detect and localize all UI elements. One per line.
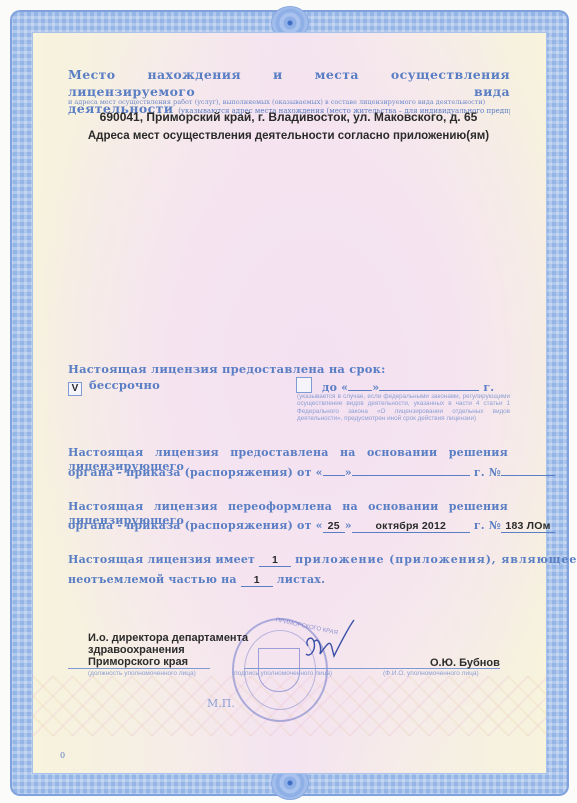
signature-caption: (подпись уполномоченного лица) xyxy=(232,670,332,677)
reissued-year-label: г. № xyxy=(474,519,501,532)
indefinite-label: бессрочно xyxy=(89,378,160,392)
position-line1: И.о. директора департамента xyxy=(88,632,248,644)
location-hint-line3: и адреса мест осуществления работ (услуг… xyxy=(68,98,510,106)
granted-year-label: г. № xyxy=(474,466,501,479)
signatory-name: О.Ю. Бубнов xyxy=(430,657,500,669)
reissued-day-field[interactable]: 25 xyxy=(323,520,345,533)
appendix-prefix: Настоящая лицензия имеет xyxy=(68,553,255,566)
reissued-number-field[interactable]: 183 ЛОм xyxy=(501,520,555,533)
reissued-line2: органа - приказа (распоряжения) от «25»о… xyxy=(68,519,508,533)
appendix-line1: Настоящая лицензия имеет 1 приложение (п… xyxy=(68,553,508,567)
granted-quote-close: » xyxy=(345,466,352,479)
reissued-quote-close: » xyxy=(345,519,352,532)
document-content: Место нахождения и места осуществления л… xyxy=(0,0,577,803)
signature-underline xyxy=(244,668,376,669)
seal-label: М.П. xyxy=(207,697,235,710)
appendix-line2: неотъемлемой частью на 1 листах. xyxy=(68,573,508,587)
reissued-date-field[interactable]: октября 2012 xyxy=(352,520,470,533)
granted-number-field[interactable] xyxy=(501,475,555,476)
name-caption: (Ф.И.О. уполномоченного лица) xyxy=(383,670,479,677)
serial-mark: 0 xyxy=(60,751,65,760)
signatory-position: И.о. директора департамента здравоохране… xyxy=(88,632,248,668)
granted-prefix: органа - приказа (распоряжения) от « xyxy=(68,466,323,479)
handwritten-signature-icon xyxy=(300,618,360,668)
location-heading-line1: Место нахождения и места осуществления л… xyxy=(68,66,510,100)
granted-date-field[interactable] xyxy=(352,475,470,476)
until-day-field[interactable] xyxy=(348,390,372,391)
position-line2: здравоохранения xyxy=(88,644,248,656)
until-date-field[interactable] xyxy=(379,390,479,391)
granted-day-field[interactable] xyxy=(323,475,345,476)
position-underline xyxy=(68,668,210,669)
appendix-line2-suffix: листах. xyxy=(277,573,325,586)
until-checkbox[interactable] xyxy=(296,377,312,393)
license-address: 690041, Приморский край, г. Владивосток,… xyxy=(0,110,577,124)
address-note: Адреса мест осуществления деятельности с… xyxy=(0,130,577,142)
appendix-suffix: приложение (приложения), являющееся ее xyxy=(295,553,577,566)
granted-line2: органа - приказа (распоряжения) от «» г.… xyxy=(68,466,508,480)
term-indefinite: V бессрочно xyxy=(68,378,160,396)
appendix-count-field[interactable]: 1 xyxy=(259,554,291,567)
appendix-line2-prefix: неотъемлемой частью на xyxy=(68,573,237,586)
indefinite-checkbox[interactable]: V xyxy=(68,382,82,396)
position-line3: Приморского края xyxy=(88,656,248,668)
position-caption: (должность уполномоченного лица) xyxy=(88,670,196,677)
term-heading: Настоящая лицензия предоставлена на срок… xyxy=(68,362,508,376)
reissued-prefix: органа - приказа (распоряжения) от « xyxy=(68,519,323,532)
term-note: (указывается в случае, если федеральными… xyxy=(297,393,510,422)
appendix-sheets-field[interactable]: 1 xyxy=(241,574,273,587)
